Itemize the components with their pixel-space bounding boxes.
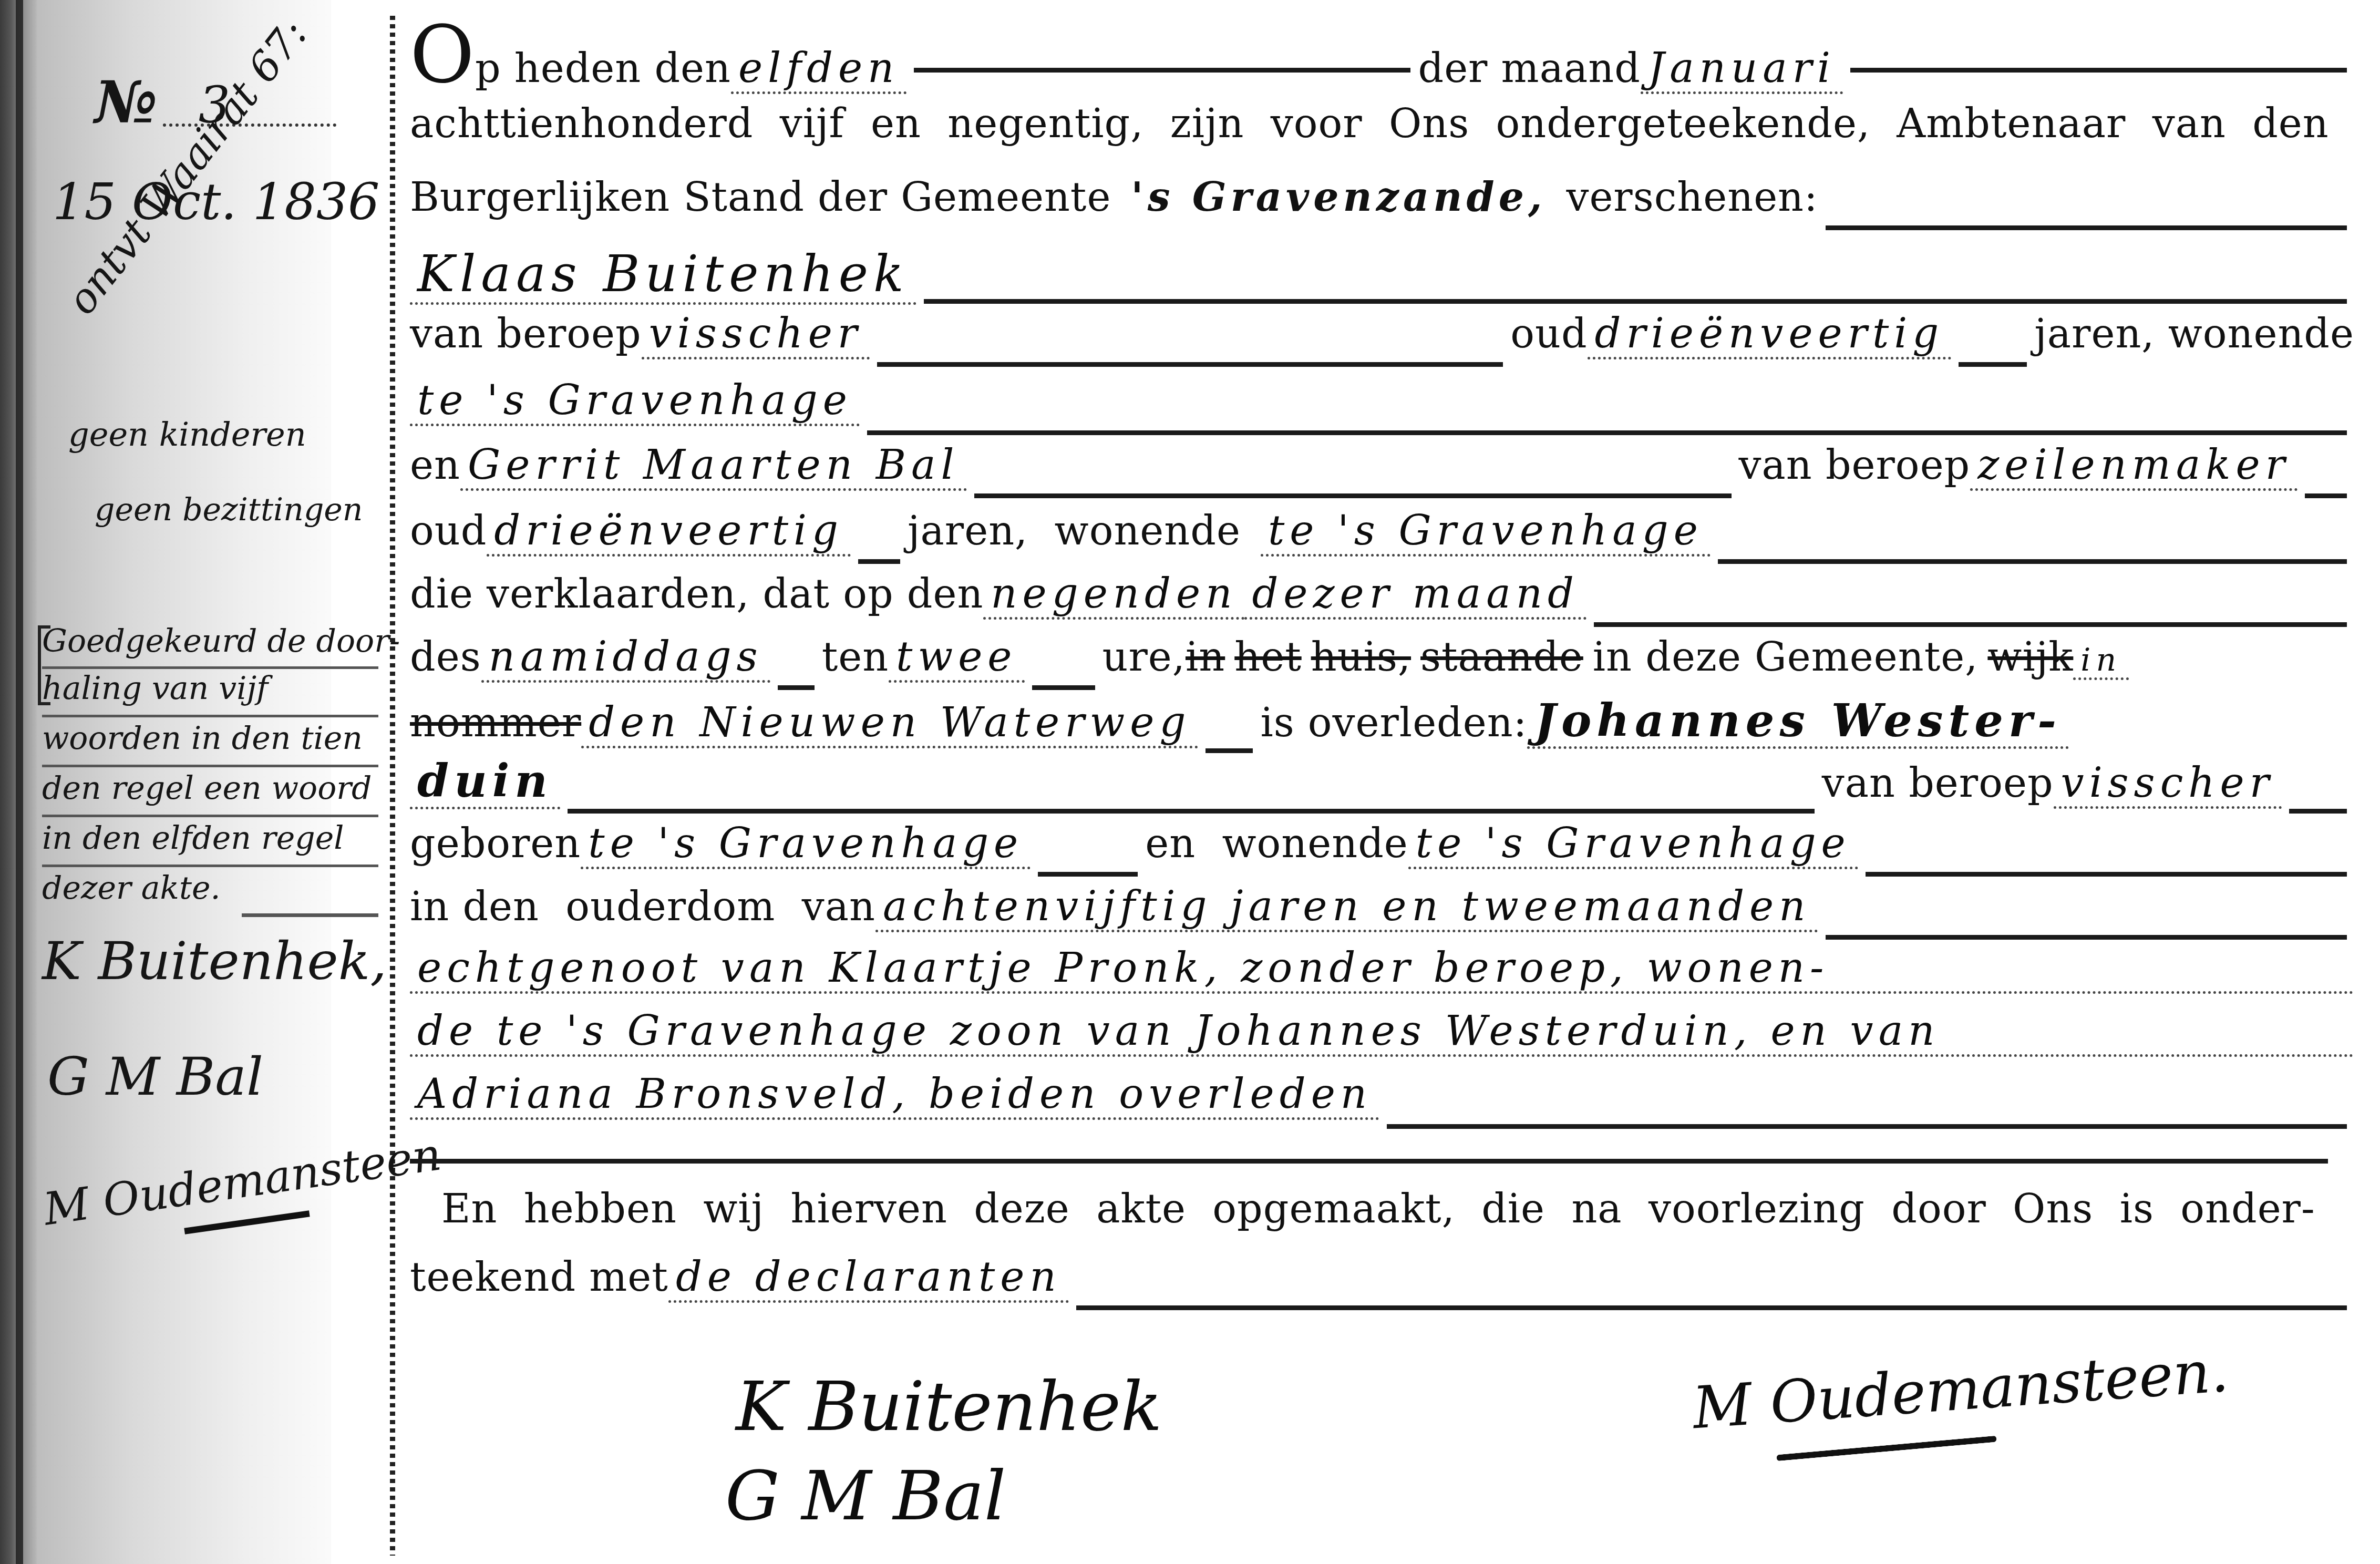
declarant1-age: drieënveertig — [1588, 312, 1952, 359]
street-field: den Nieuwen Waterweg — [581, 701, 1198, 748]
fill-rule — [2305, 493, 2347, 498]
margin-rule — [42, 865, 378, 867]
approval-line-1: Goedgekeurd de door- — [42, 623, 400, 660]
fill-rule — [1387, 1124, 2347, 1129]
year-text: achttienhonderd vijf en negentig, zijn v… — [410, 100, 2329, 147]
born-label: geboren — [410, 820, 581, 867]
struck-nommer: nommer — [410, 699, 581, 746]
registry-text: Burgerlijken Stand der Gemeente — [410, 173, 1111, 220]
struck-wijk: wijk — [1987, 633, 2073, 680]
deceased-occupation: visscher — [2054, 761, 2282, 809]
declarant1-occupation: visscher — [642, 312, 870, 359]
municipality-name: 's Gravenzande, — [1131, 173, 1546, 220]
form-line-time: des namiddags ten twee ure, in het huis,… — [410, 633, 2354, 702]
fill-rule — [867, 430, 2347, 435]
day-field: elfden — [731, 46, 906, 94]
form-line-declarant2-name: en Gerrit Maarten Bal van beroep zeilenm… — [410, 441, 2354, 510]
declarant1-name: Klaas Buitenhek — [410, 247, 916, 305]
ten-label: ten — [822, 633, 889, 680]
margin-note-date: 15 Oct. 1836 — [53, 173, 380, 231]
occupation-label: van beroep — [410, 310, 642, 357]
form-line-municipality: Burgerlijken Stand der Gemeente 's Grave… — [410, 173, 2354, 242]
margin-rule — [42, 666, 378, 669]
approval-line-4: den regel een woord — [42, 770, 372, 807]
part-of-day: namiddags — [481, 635, 770, 683]
fill-rule — [1718, 559, 2347, 564]
signed-with-field: de declaranten — [668, 1255, 1069, 1303]
form-line-date: O p heden den elfden der maand Januari — [410, 16, 2354, 84]
form-line-extra-1: echtgenoot van Klaartje Pronk, zonder be… — [410, 946, 2354, 1014]
fill-rule — [1850, 68, 2347, 73]
margin-rule — [42, 815, 378, 817]
died-label: is overleden: — [1260, 699, 1527, 746]
declarant2-age: drieënveertig — [487, 509, 851, 557]
binding-edge — [16, 0, 23, 1564]
form-line-declarant1-occupation: van beroep visscher oud drieënveertig ja… — [410, 310, 2354, 378]
fill-rule — [914, 68, 1410, 73]
ure-label: ure, — [1103, 633, 1186, 680]
fill-rule — [1826, 935, 2347, 940]
fill-rule — [858, 559, 900, 564]
occupation-label: van beroep — [1822, 759, 2054, 806]
signature-declarant-2: G M Bal — [725, 1456, 1006, 1536]
approval-line-3: woorden in den tien — [42, 720, 363, 757]
extra-line-2: de te 's Gravenhage zoon van Johannes We… — [410, 1009, 2354, 1057]
form-line-declarant1-residence: te 's Gravenhage — [410, 378, 2354, 447]
margin-signature-1: K Buitenhek, — [42, 930, 387, 992]
approval-line-2: haling van vijf — [42, 670, 268, 707]
form-line-location: nommer den Nieuwen Waterweg is overleden… — [410, 696, 2354, 765]
margin-note-birth: ontvt Waairat 67: — [58, 11, 317, 324]
fill-rule — [1076, 1305, 2347, 1310]
fill-rule — [877, 362, 1503, 367]
form-line-closing-1: En hebben wij hierven deze akte opgemaak… — [441, 1185, 2380, 1253]
form-line-declarant1-name: Klaas Buitenhek — [410, 247, 2354, 315]
wijk-value: in — [2073, 643, 2129, 680]
margin-rule — [42, 765, 378, 767]
fill-rule — [2289, 809, 2347, 814]
years-living-label: jaren, wonende — [908, 507, 1241, 554]
signed-with-label: teekend met — [410, 1253, 668, 1300]
section-rule — [410, 1159, 2328, 1164]
declarant2-residence: te 's Gravenhage — [1261, 509, 1711, 557]
intro-initial: O — [410, 16, 475, 95]
declarant2-occupation: zeilenmaker — [1970, 443, 2297, 491]
struck-huis: huis, — [1311, 633, 1411, 680]
birthplace-field: te 's Gravenhage — [581, 821, 1031, 869]
signature-declarant-1: K Buitenhek — [736, 1366, 1162, 1446]
closing-text: En hebben wij hierven deze akte opgemaak… — [441, 1185, 2315, 1232]
place-text: in deze Gemeente, — [1593, 633, 1979, 680]
margin-note-possessions: geen bezittingen — [95, 491, 363, 528]
death-month: dezer maand — [1244, 572, 1586, 620]
struck-het: het — [1234, 633, 1301, 680]
death-record-form: O p heden den elfden der maand Januari a… — [410, 0, 2354, 1564]
margin-rule — [42, 715, 378, 717]
signature-official: M Oudemansteen. — [1691, 1337, 2231, 1442]
fill-rule — [924, 299, 2347, 304]
hour-field: twee — [889, 635, 1024, 683]
fill-rule — [568, 809, 1815, 814]
extra-line-3: Adriana Bronsveld, beiden overleden — [410, 1072, 1379, 1120]
margin-signature-2: G M Bal — [47, 1046, 263, 1107]
fill-rule — [1038, 872, 1138, 877]
age-label: oud — [1510, 310, 1587, 357]
margin-signature-underline — [184, 1210, 310, 1234]
column-separator — [390, 16, 395, 1556]
and-label: en — [410, 441, 460, 488]
age-label: in den ouderdom van — [410, 883, 875, 930]
extra-line-1: echtgenoot van Klaartje Pronk, zonder be… — [410, 946, 2354, 994]
approval-line-5: in den elfden regel — [42, 820, 344, 857]
form-line-extra-2: de te 's Gravenhage zoon van Johannes We… — [410, 1009, 2354, 1077]
form-line-year: achttienhonderd vijf en negentig, zijn v… — [410, 100, 2354, 168]
approval-line-6: dezer akte. — [42, 870, 221, 907]
form-line-closing-2: teekend met de declaranten — [410, 1253, 2354, 1322]
fill-rule — [1032, 685, 1095, 690]
form-line-declarant2-age: oud drieënveertig jaren, wonende te 's G… — [410, 507, 2354, 575]
form-line-deceased-age: in den ouderdom van achtenvijftig jaren … — [410, 883, 2354, 951]
appeared-label: verschenen: — [1566, 173, 1818, 220]
deceased-name-part2: duin — [410, 757, 560, 809]
des-label: des — [410, 633, 481, 680]
deceased-residence: te 's Gravenhage — [1408, 821, 1858, 869]
form-line-deceased-occupation: duin van beroep visscher — [410, 757, 2354, 825]
death-day: negenden — [983, 572, 1244, 620]
intro-text: p heden den — [475, 45, 731, 91]
declarant1-residence: te 's Gravenhage — [410, 378, 860, 426]
margin-rule — [242, 913, 378, 917]
margin-note-children: geen kinderen — [68, 415, 306, 454]
form-line-extra-3: Adriana Bronsveld, beiden overleden — [410, 1072, 2354, 1140]
fill-rule — [1826, 225, 2347, 230]
fill-rule — [1866, 872, 2347, 877]
month-label: der maand — [1418, 45, 1640, 91]
occupation-label: van beroep — [1739, 441, 1971, 488]
struck-in: in — [1186, 633, 1225, 680]
fill-rule — [1594, 622, 2347, 627]
declarant2-name: Gerrit Maarten Bal — [460, 443, 967, 491]
living-label: en wonende — [1145, 820, 1408, 867]
margin-column: № 3 15 Oct. 1836 ontvt Waairat 67: geen … — [42, 0, 384, 1564]
declaration-text: die verklaarden, dat op den — [410, 570, 983, 617]
deceased-age: achtenvijftig jaren en tweemaanden — [875, 884, 1818, 932]
fill-rule — [1206, 748, 1253, 753]
fill-rule — [974, 493, 1732, 498]
years-living-label: jaren, wonende — [2034, 310, 2354, 357]
fill-rule — [778, 685, 815, 690]
age-label: oud — [410, 507, 487, 554]
fill-rule — [1959, 362, 2027, 367]
form-line-declaration: die verklaarden, dat op den negenden dez… — [410, 570, 2354, 639]
struck-staande: staande — [1420, 633, 1583, 680]
deceased-name-part1: Johannes Wester- — [1527, 696, 2069, 749]
month-field: Januari — [1641, 46, 1843, 94]
form-line-deceased-birth: geboren te 's Gravenhage en wonende te '… — [410, 820, 2354, 888]
signature-official-underline — [1776, 1436, 1996, 1462]
